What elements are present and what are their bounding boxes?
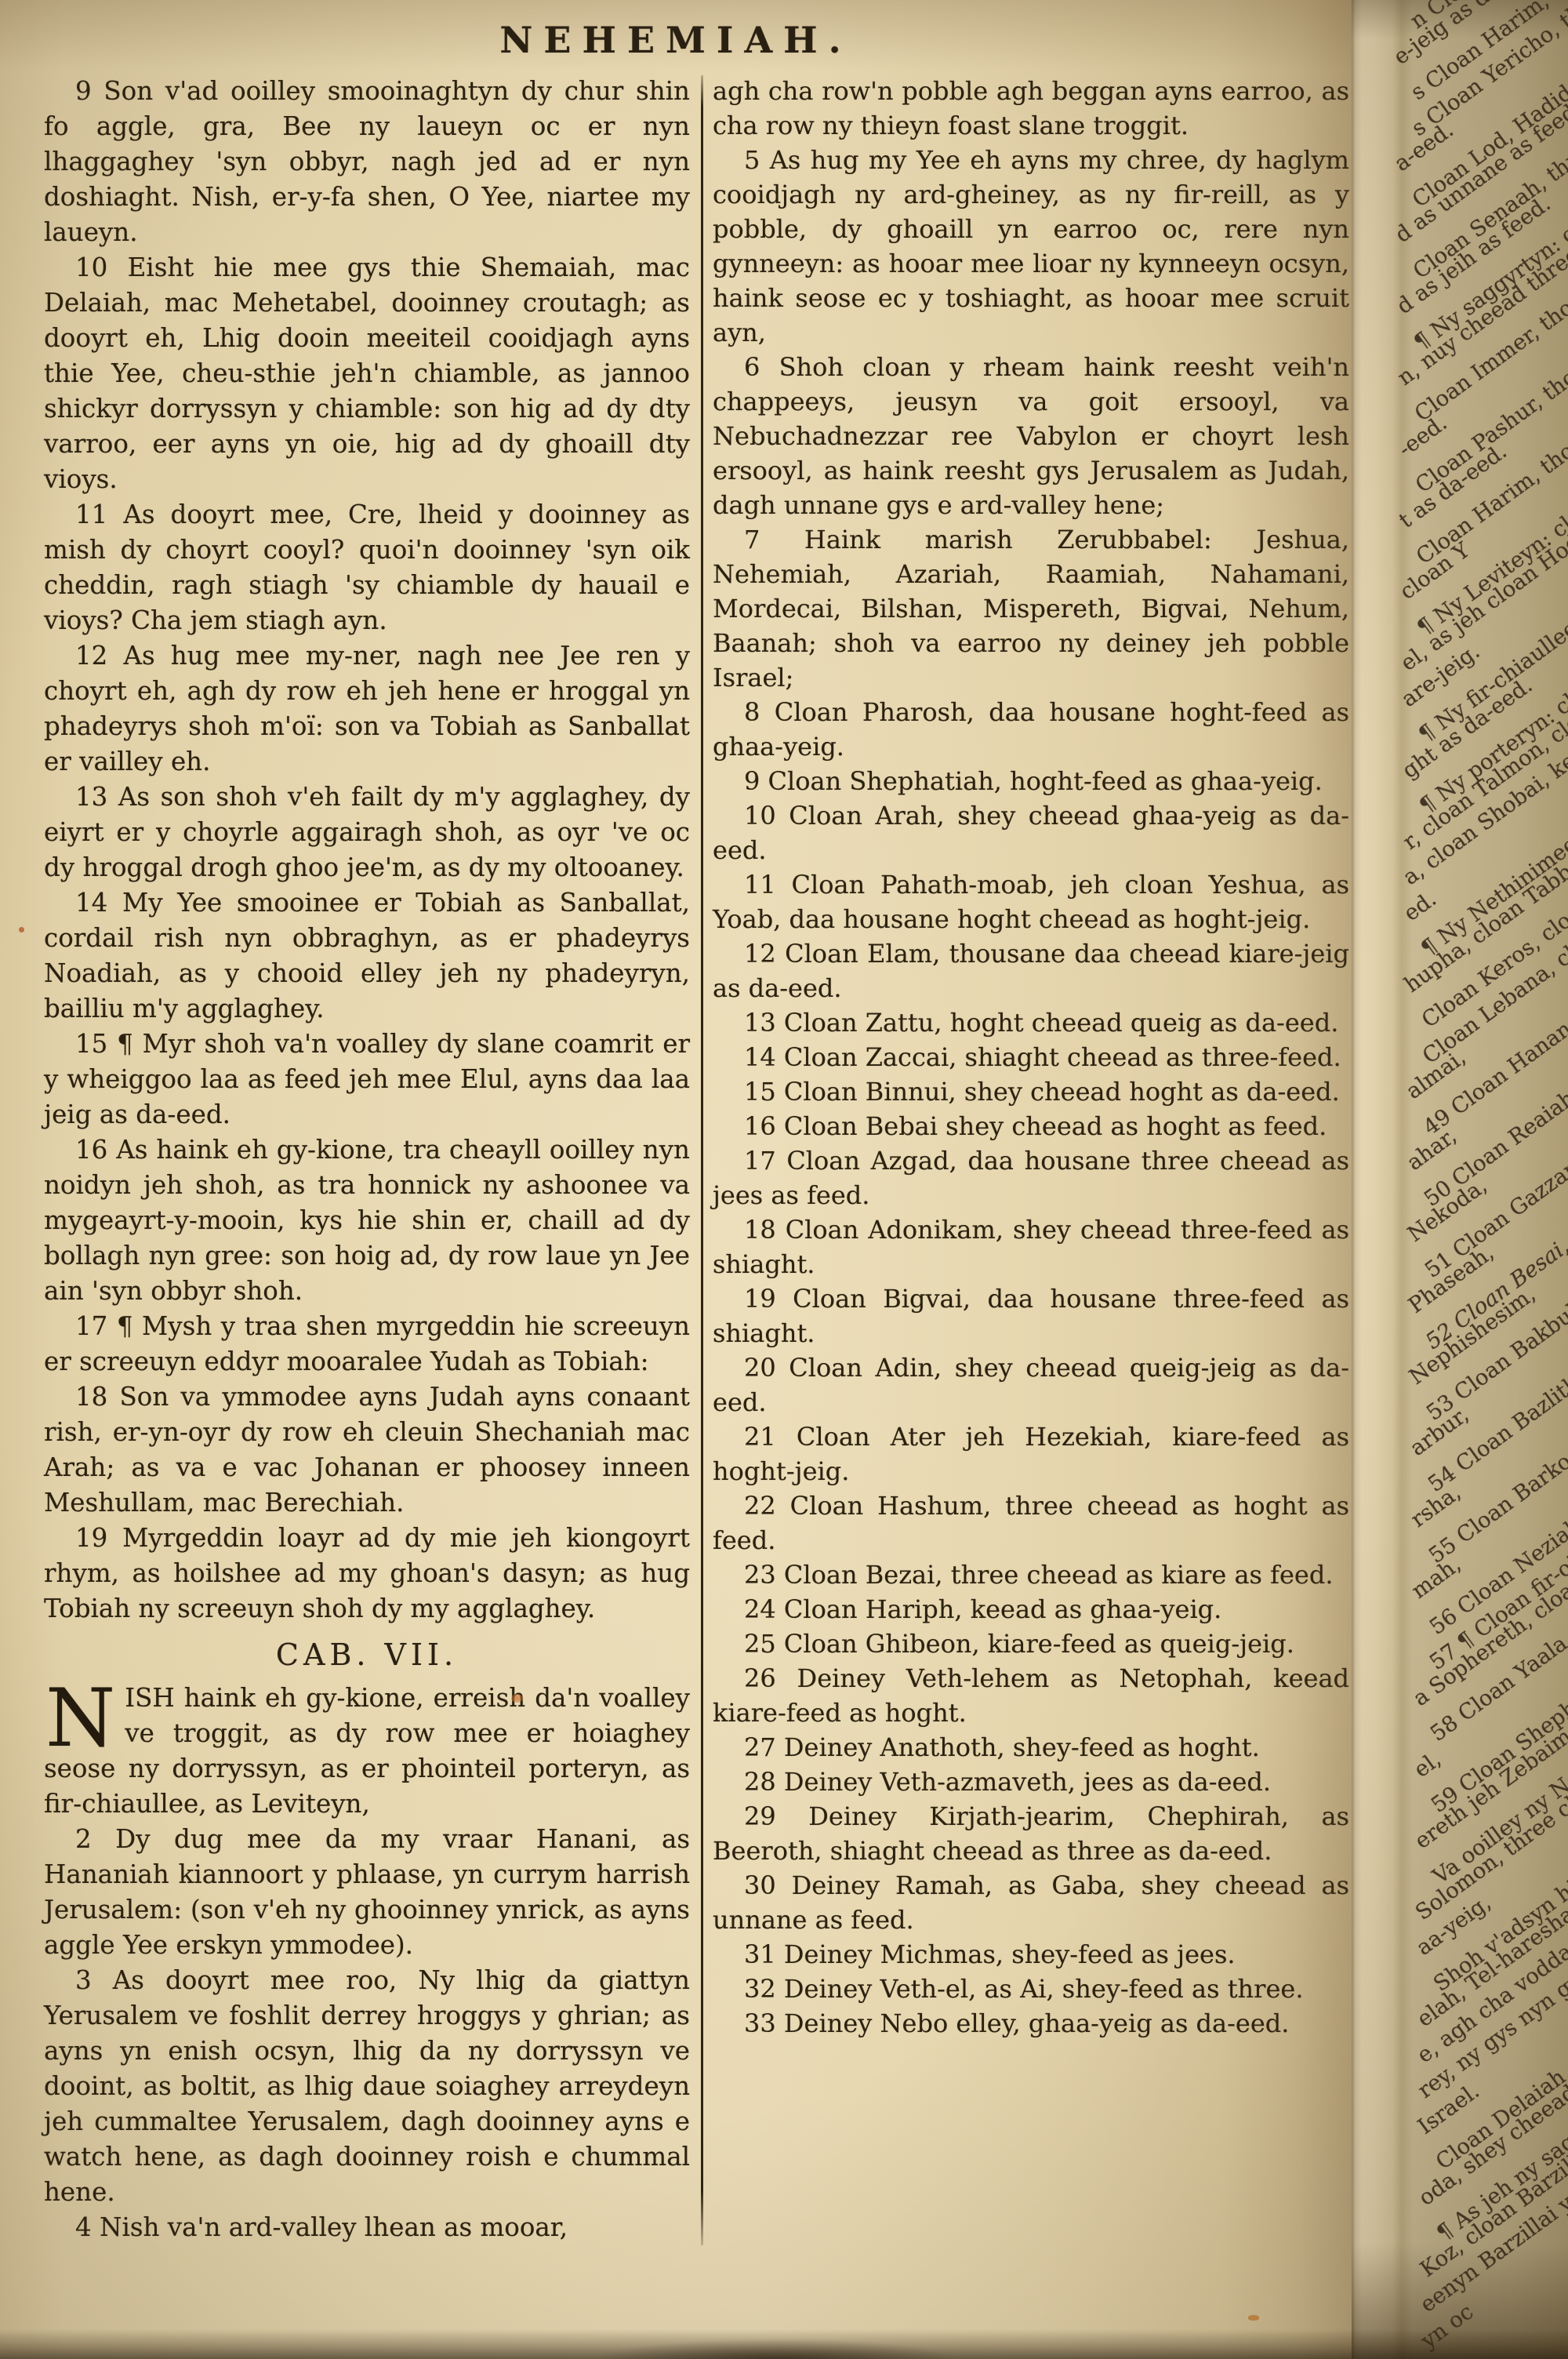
verse-number: 18 [744, 1215, 776, 1245]
verse-number: 16 [75, 1135, 107, 1165]
verse-number: 4 [75, 2212, 92, 2242]
book-photo: NEHEMIAH. 9 Son v'ad ooilley smooinaghty… [0, 0, 1568, 2359]
verse: 17 ¶ Mysh y traa shen myrgeddin hie scre… [44, 1309, 690, 1379]
verse-number: 10 [75, 253, 107, 282]
verse: 14 My Yee smooinee er Tobiah as Sanballa… [44, 885, 690, 1027]
verse: 30 Deiney Ramah, as Gaba, shey cheead as… [713, 1868, 1349, 1937]
column-rule [701, 75, 703, 2245]
verse: 16 Cloan Bebai shey cheead as hoght as f… [713, 1109, 1349, 1143]
text-columns: 9 Son v'ad ooilley smooinaghtyn dy chur … [44, 74, 1352, 2245]
verse-number: 19 [744, 1284, 776, 1314]
verse-number: 26 [744, 1663, 776, 1693]
verse-number: 30 [744, 1870, 776, 1900]
verse-number: 29 [744, 1801, 776, 1831]
verse: 5 As hug my Yee eh ayns my chree, dy hag… [713, 143, 1349, 350]
verse: 15 Cloan Binnui, shey cheead hoght as da… [713, 1074, 1349, 1109]
verse-number: 31 [744, 1939, 776, 1969]
adjacent-page-text: n Cloan Elam elleye-jeig as da-eed.s Clo… [1352, 0, 1568, 2359]
verse: 10 Eisht hie mee gys thie Shemaiah, mac … [44, 250, 690, 497]
verse: 12 As hug mee my-ner, nagh nee Jee ren y… [44, 638, 690, 780]
verse: 16 As haink eh gy-kione, tra cheayll ooi… [44, 1132, 690, 1309]
verse-number: 13 [744, 1008, 776, 1038]
verse-number: 14 [744, 1042, 776, 1072]
verse: 4 Nish va'n ard-valley lhean as mooar, [44, 2210, 690, 2245]
verse: 2 Dy dug mee da my vraar Hanani, as Hana… [44, 1822, 690, 1963]
verse: 3 As dooyrt mee roo, Ny lhig da giattyn … [44, 1963, 690, 2210]
right-column: agh cha row'n pobble agh beggan ayns ear… [713, 74, 1349, 2245]
verse: 18 Cloan Adonikam, shey cheead three-fee… [713, 1212, 1349, 1281]
verse: 24 Cloan Hariph, keead as ghaa-yeig. [713, 1592, 1349, 1627]
verse: 7 Haink marish Zerubbabel: Jeshua, Nehem… [713, 522, 1349, 695]
verse-number: 15 [75, 1029, 107, 1059]
verse-number: 27 [744, 1732, 776, 1762]
verse-number: 17 [744, 1146, 776, 1176]
verse-number: 14 [75, 888, 107, 918]
corner-shadow [596, 2339, 956, 2359]
verse: 21 Cloan Ater jeh Hezekiah, kiare-feed a… [713, 1419, 1349, 1488]
verse: 15 ¶ Myr shoh va'n voalley dy slane coam… [44, 1027, 690, 1132]
edge-text-fragment: el, [1410, 1747, 1445, 1781]
verse-number: 10 [744, 801, 776, 831]
verse-number: 11 [744, 870, 776, 900]
verse: 17 Cloan Azgad, daa housane three cheead… [713, 1143, 1349, 1212]
verse-number: 13 [75, 782, 107, 812]
verse-number: 9 [744, 766, 760, 796]
drop-cap: N [44, 1681, 125, 1751]
verse-number: 12 [744, 939, 776, 969]
verse: 31 Deiney Michmas, shey-feed as jees. [713, 1937, 1349, 1972]
verse-number: 20 [744, 1353, 776, 1383]
running-head: NEHEMIAH. [0, 19, 1352, 61]
verse-number: 25 [744, 1629, 776, 1659]
verse-number: 11 [75, 500, 107, 529]
verse-number: 2 [75, 1824, 92, 1854]
verse-number: 22 [744, 1491, 776, 1521]
verse-number: 33 [744, 2008, 776, 2038]
edge-text-fragment: ed. [1399, 886, 1440, 925]
verse-number: 17 [75, 1311, 107, 1341]
verse: 11 As dooyrt mee, Cre, lheid y dooinney … [44, 497, 690, 638]
verse: 13 As son shoh v'eh failt dy m'y agglagh… [44, 780, 690, 885]
verse: 19 Cloan Bigvai, daa housane three-feed … [713, 1281, 1349, 1350]
verse: 6 Shoh cloan y rheam haink reesht veih'n… [713, 350, 1349, 522]
verse-number: 15 [744, 1077, 776, 1107]
verse: 29 Deiney Kirjath-jearim, Chephirah, as … [713, 1799, 1349, 1868]
verse: 9 Cloan Shephatiah, hoght-feed as ghaa-y… [713, 764, 1349, 798]
verse-number: 21 [744, 1422, 776, 1452]
verse: 27 Deiney Anathoth, shey-feed as hoght. [713, 1730, 1349, 1765]
verse: 22 Cloan Hashum, three cheead as hoght a… [713, 1488, 1349, 1558]
verse-number: 18 [75, 1382, 107, 1412]
verse-number: 8 [744, 697, 760, 727]
verse-number: 23 [744, 1560, 776, 1590]
paper-speck [1248, 2315, 1259, 2321]
verse: 8 Cloan Pharosh, daa housane hoght-feed … [713, 695, 1349, 764]
verse-number: 3 [75, 1965, 92, 1995]
verse: 19 Myrgeddin loayr ad dy mie jeh kiongoy… [44, 1521, 690, 1627]
verse-number: 5 [744, 145, 760, 175]
left-column: 9 Son v'ad ooilley smooinaghtyn dy chur … [44, 74, 690, 2245]
verse: 32 Deiney Veth-el, as Ai, shey-feed as t… [713, 1972, 1349, 2006]
verse: 10 Cloan Arah, shey cheead ghaa-yeig as … [713, 798, 1349, 867]
verse: 11 Cloan Pahath-moab, jeh cloan Yeshua, … [713, 867, 1349, 936]
paper-speck [19, 927, 24, 932]
verse-number: 19 [75, 1523, 107, 1553]
verse-continuation: agh cha row'n pobble agh beggan ayns ear… [713, 74, 1349, 143]
verse-number: 32 [744, 1974, 776, 2004]
verse: 26 Deiney Veth-lehem as Netophah, keead … [713, 1661, 1349, 1730]
verse: 9 Son v'ad ooilley smooinaghtyn dy chur … [44, 74, 690, 250]
verse: 33 Deiney Nebo elley, ghaa-yeig as da-ee… [713, 2006, 1349, 2041]
verse: 18 Son va ymmodee ayns Judah ayns conaan… [44, 1379, 690, 1521]
verse: 28 Deiney Veth-azmaveth, jees as da-eed. [713, 1765, 1349, 1799]
verse: 23 Cloan Bezai, three cheead as kiare as… [713, 1558, 1349, 1592]
verse-number: 16 [744, 1111, 776, 1141]
verse-number: 6 [744, 352, 760, 382]
verse: 13 Cloan Zattu, hoght cheead queig as da… [713, 1005, 1349, 1040]
verse-number: 9 [75, 76, 92, 106]
verse-number: 12 [75, 641, 107, 671]
chapter-heading: CAB. VII. [44, 1637, 690, 1673]
verse: NISH haink eh gy-kione, erreish da'n voa… [44, 1681, 690, 1822]
adjacent-page-edge: n Cloan Elam elleye-jeig as da-eed.s Clo… [1352, 0, 1568, 2359]
verse: 14 Cloan Zaccai, shiaght cheead as three… [713, 1040, 1349, 1074]
bottom-shadow [0, 2329, 1568, 2359]
verse-number: 24 [744, 1594, 776, 1624]
verse-number: 7 [744, 525, 760, 554]
verse: 25 Cloan Ghibeon, kiare-feed as queig-je… [713, 1627, 1349, 1661]
verse-number: 28 [744, 1767, 776, 1797]
verse: 12 Cloan Elam, thousane daa cheead kiare… [713, 936, 1349, 1005]
verse: 20 Cloan Adin, shey cheead queig-jeig as… [713, 1350, 1349, 1419]
